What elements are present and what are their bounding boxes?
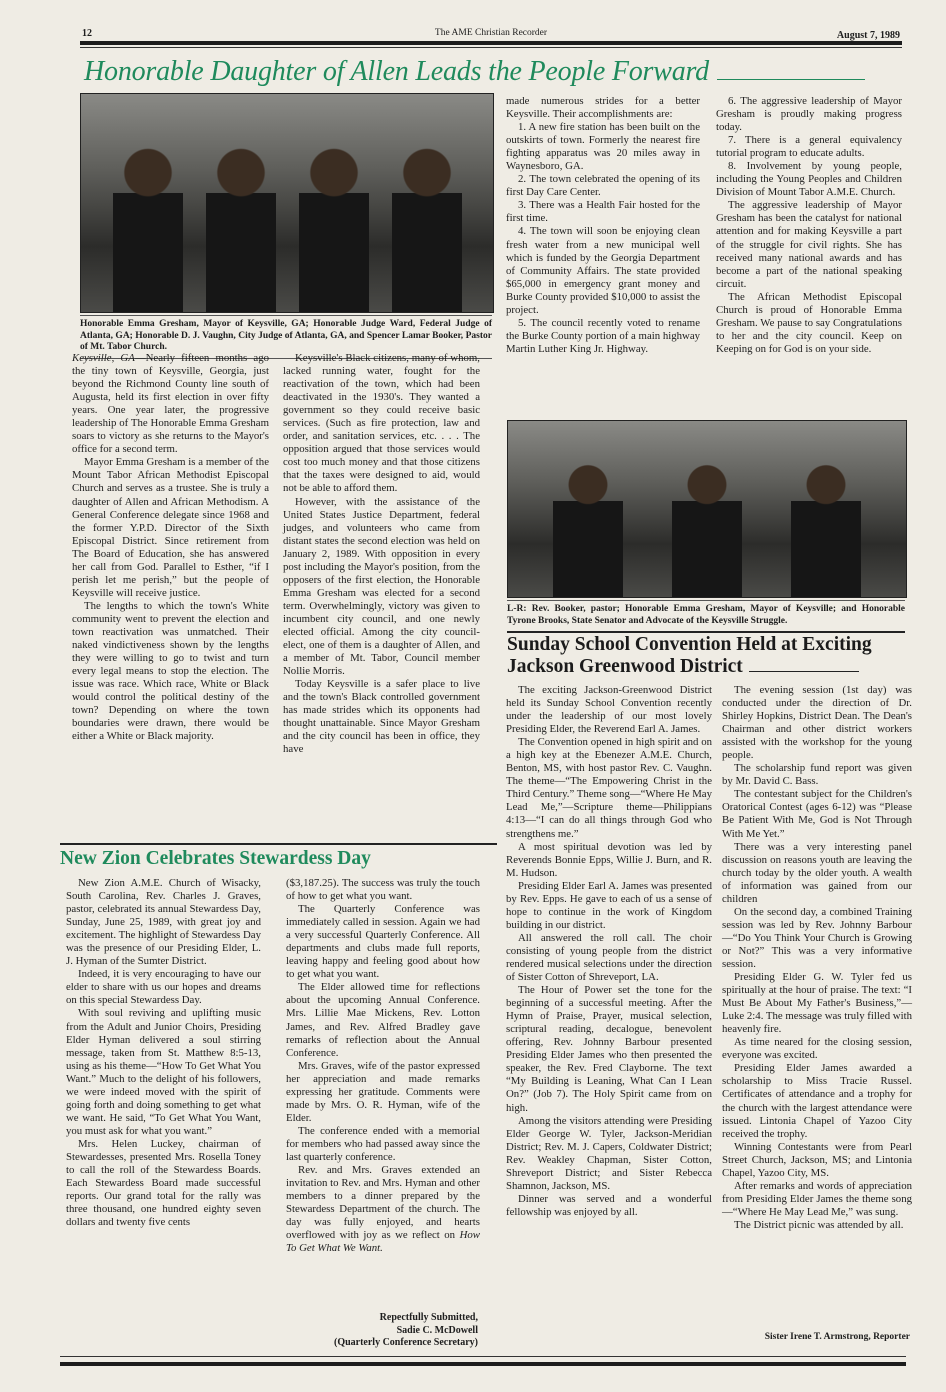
article2-column-2: The evening session (1st day) was conduc… (722, 684, 912, 1232)
paragraph: The District picnic was attended by all. (722, 1219, 912, 1232)
section-rule (60, 843, 497, 845)
article1-column-4: 6. The aggressive leadership of Mayor Gr… (716, 95, 902, 356)
paragraph: The exciting Jackson-Greenwood District … (506, 684, 712, 736)
article1-column-2: Keysville's Black citizens, many of whom… (283, 352, 480, 756)
paragraph: The aggressive leadership of Mayor Gresh… (716, 199, 902, 290)
list-item: 3. There was a Health Fair hosted for th… (506, 199, 700, 225)
article1-column-1: Keysville, GA—Nearly fifteen months ago … (72, 352, 269, 743)
top-rule (80, 41, 902, 45)
bottom-rule (60, 1362, 906, 1366)
paragraph: However, with the assistance of the Unit… (283, 496, 480, 679)
paragraph: Presiding Elder James awarded a scholars… (722, 1062, 912, 1140)
article1-photo-1 (80, 93, 494, 313)
paragraph: Presiding Elder G. W. Tyler fed us spiri… (722, 971, 912, 1036)
list-item: 6. The aggressive leadership of Mayor Gr… (716, 95, 902, 134)
paragraph: Keysville, GA—Nearly fifteen months ago … (72, 352, 269, 456)
paragraph: ($3,187.25). The success was truly the t… (286, 877, 480, 903)
paragraph: Among the visitors attending were Presid… (506, 1115, 712, 1193)
paragraph: The evening session (1st day) was conduc… (722, 684, 912, 762)
paragraph: The Elder allowed time for reflections a… (286, 981, 480, 1059)
list-item: 1. A new fire station has been built on … (506, 121, 700, 173)
dateline: Keysville, GA (72, 352, 135, 364)
article1-column-3: made numerous strides for a better Keysv… (506, 95, 700, 356)
paragraph: Indeed, it is very encouraging to have o… (66, 968, 261, 1007)
issue-date: August 7, 1989 (837, 30, 900, 41)
list-item: 7. There is a general equivalency tutori… (716, 134, 902, 160)
paragraph: New Zion A.M.E. Church of Wisacky, South… (66, 877, 261, 968)
paragraph: The Hour of Power set the tone for the b… (506, 984, 712, 1114)
list-item: 5. The council recently voted to rename … (506, 317, 700, 356)
list-item: 2. The town celebrated the opening of it… (506, 173, 700, 199)
paragraph: Keysville's Black citizens, many of whom… (283, 352, 480, 496)
article2-byline: Sister Irene T. Armstrong, Reporter (722, 1331, 910, 1344)
article3-signature: Repectfully Submitted, Sadie C. McDowell… (300, 1312, 478, 1350)
paragraph: Dinner was served and a wonderful fellow… (506, 1193, 712, 1219)
paragraph: There was a very interesting panel discu… (722, 841, 912, 906)
paragraph: With soul reviving and uplifting music f… (66, 1007, 261, 1137)
paragraph: Mayor Emma Gresham is a member of the Mo… (72, 456, 269, 600)
article2-column-1: The exciting Jackson-Greenwood District … (506, 684, 712, 1219)
paragraph: Rev. and Mrs. Graves extended an invitat… (286, 1164, 480, 1255)
article3-headline: New Zion Celebrates Stewardess Day (60, 848, 371, 870)
publication-name: The AME Christian Recorder (82, 28, 900, 38)
article3-column-2: ($3,187.25). The success was truly the t… (286, 877, 480, 1255)
paragraph: Mrs. Graves, wife of the pastor expresse… (286, 1060, 480, 1125)
paragraph: All answered the roll call. The choir co… (506, 932, 712, 984)
article2-headline: Sunday School Convention Held at Excitin… (507, 634, 905, 678)
bottom-rule-thin (60, 1356, 906, 1357)
paragraph: After remarks and words of appreciation … (722, 1180, 912, 1219)
paragraph: A most spiritual devotion was led by Rev… (506, 841, 712, 880)
paragraph: The contestant subject for the Children'… (722, 788, 912, 840)
article3-column-1: New Zion A.M.E. Church of Wisacky, South… (66, 877, 261, 1229)
list-item: 8. Involvement by young people, includin… (716, 160, 902, 199)
paragraph: Winning Contestants were from Pearl Stre… (722, 1141, 912, 1180)
paragraph: The scholarship fund report was given by… (722, 762, 912, 788)
paragraph: The African Methodist Episcopal Church i… (716, 291, 902, 356)
paragraph: As time neared for the closing session, … (722, 1036, 912, 1062)
paragraph: The lengths to which the town's White co… (72, 600, 269, 744)
article1-headline: Honorable Daughter of Allen Leads the Pe… (84, 56, 865, 88)
paragraph: Mrs. Helen Luckey, chairman of Stewardes… (66, 1138, 261, 1229)
list-item: 4. The town will soon be enjoying clean … (506, 225, 700, 316)
paragraph: made numerous strides for a better Keysv… (506, 95, 700, 121)
paragraph: The conference ended with a memorial for… (286, 1125, 480, 1164)
masthead: 12 The AME Christian Recorder August 7, … (82, 28, 900, 42)
article1-photo-2 (507, 420, 907, 598)
paragraph: The Quarterly Conference was immediately… (286, 903, 480, 981)
paragraph: Today Keysville is a safer place to live… (283, 678, 480, 756)
top-rule-thin (80, 47, 902, 48)
photo2-caption: L-R: Rev. Booker, pastor; Honorable Emma… (507, 600, 905, 633)
paragraph: On the second day, a combined Training s… (722, 906, 912, 971)
paragraph: Presiding Elder Earl A. James was presen… (506, 880, 712, 932)
paragraph: The Convention opened in high spirit and… (506, 736, 712, 840)
